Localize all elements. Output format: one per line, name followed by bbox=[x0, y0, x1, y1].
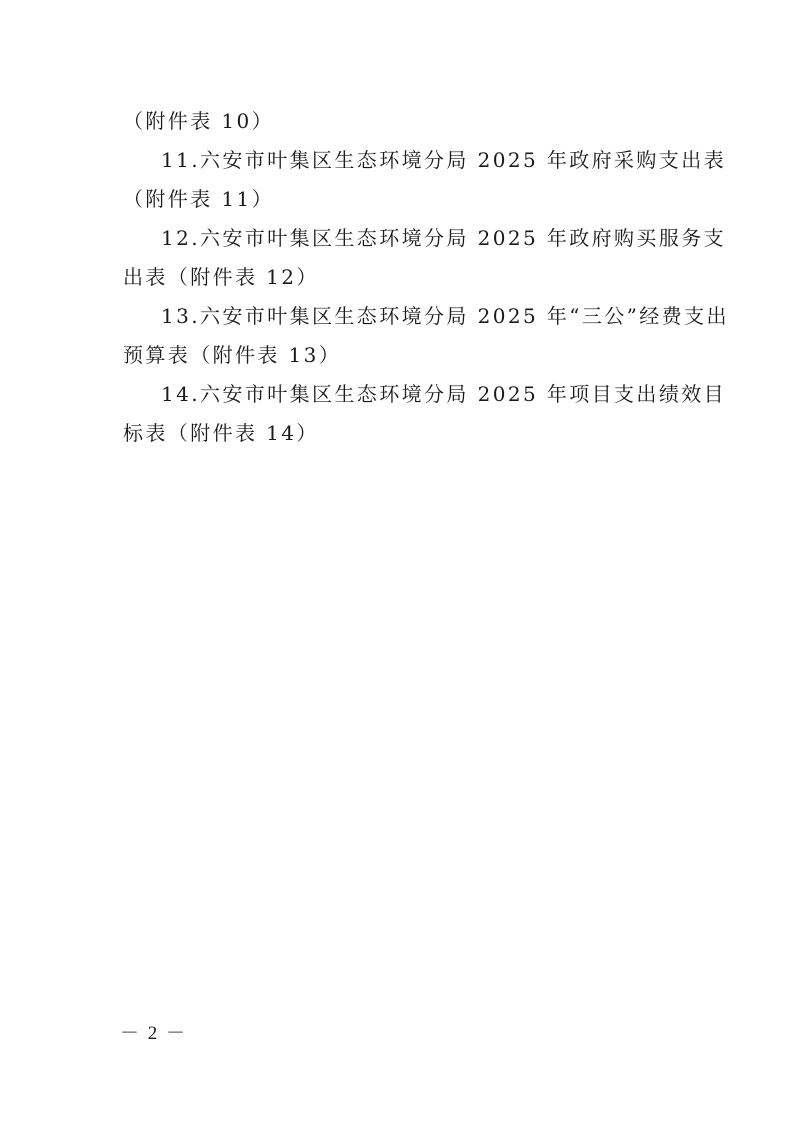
document-body: （附件表 10） 11.六安市叶集区生态环境分局 2025 年政府采购支出表 （… bbox=[123, 102, 679, 453]
attachment-list-item-12: 12.六安市叶集区生态环境分局 2025 年政府购买服务支 bbox=[123, 219, 679, 258]
attachment-list-line: （附件表 10） bbox=[123, 102, 679, 141]
attachment-list-item-13: 13.六安市叶集区生态环境分局 2025 年“三公”经费支出 bbox=[123, 297, 679, 336]
attachment-list-line: 预算表（附件表 13） bbox=[123, 336, 679, 375]
attachment-list-line: 标表（附件表 14） bbox=[123, 414, 679, 453]
attachment-list-item-14: 14.六安市叶集区生态环境分局 2025 年项目支出绩效目 bbox=[123, 375, 679, 414]
page-number: － 2 － bbox=[120, 1018, 187, 1045]
attachment-list-line: （附件表 11） bbox=[123, 180, 679, 219]
attachment-list-item-11: 11.六安市叶集区生态环境分局 2025 年政府采购支出表 bbox=[123, 141, 679, 180]
attachment-list-line: 出表（附件表 12） bbox=[123, 258, 679, 297]
